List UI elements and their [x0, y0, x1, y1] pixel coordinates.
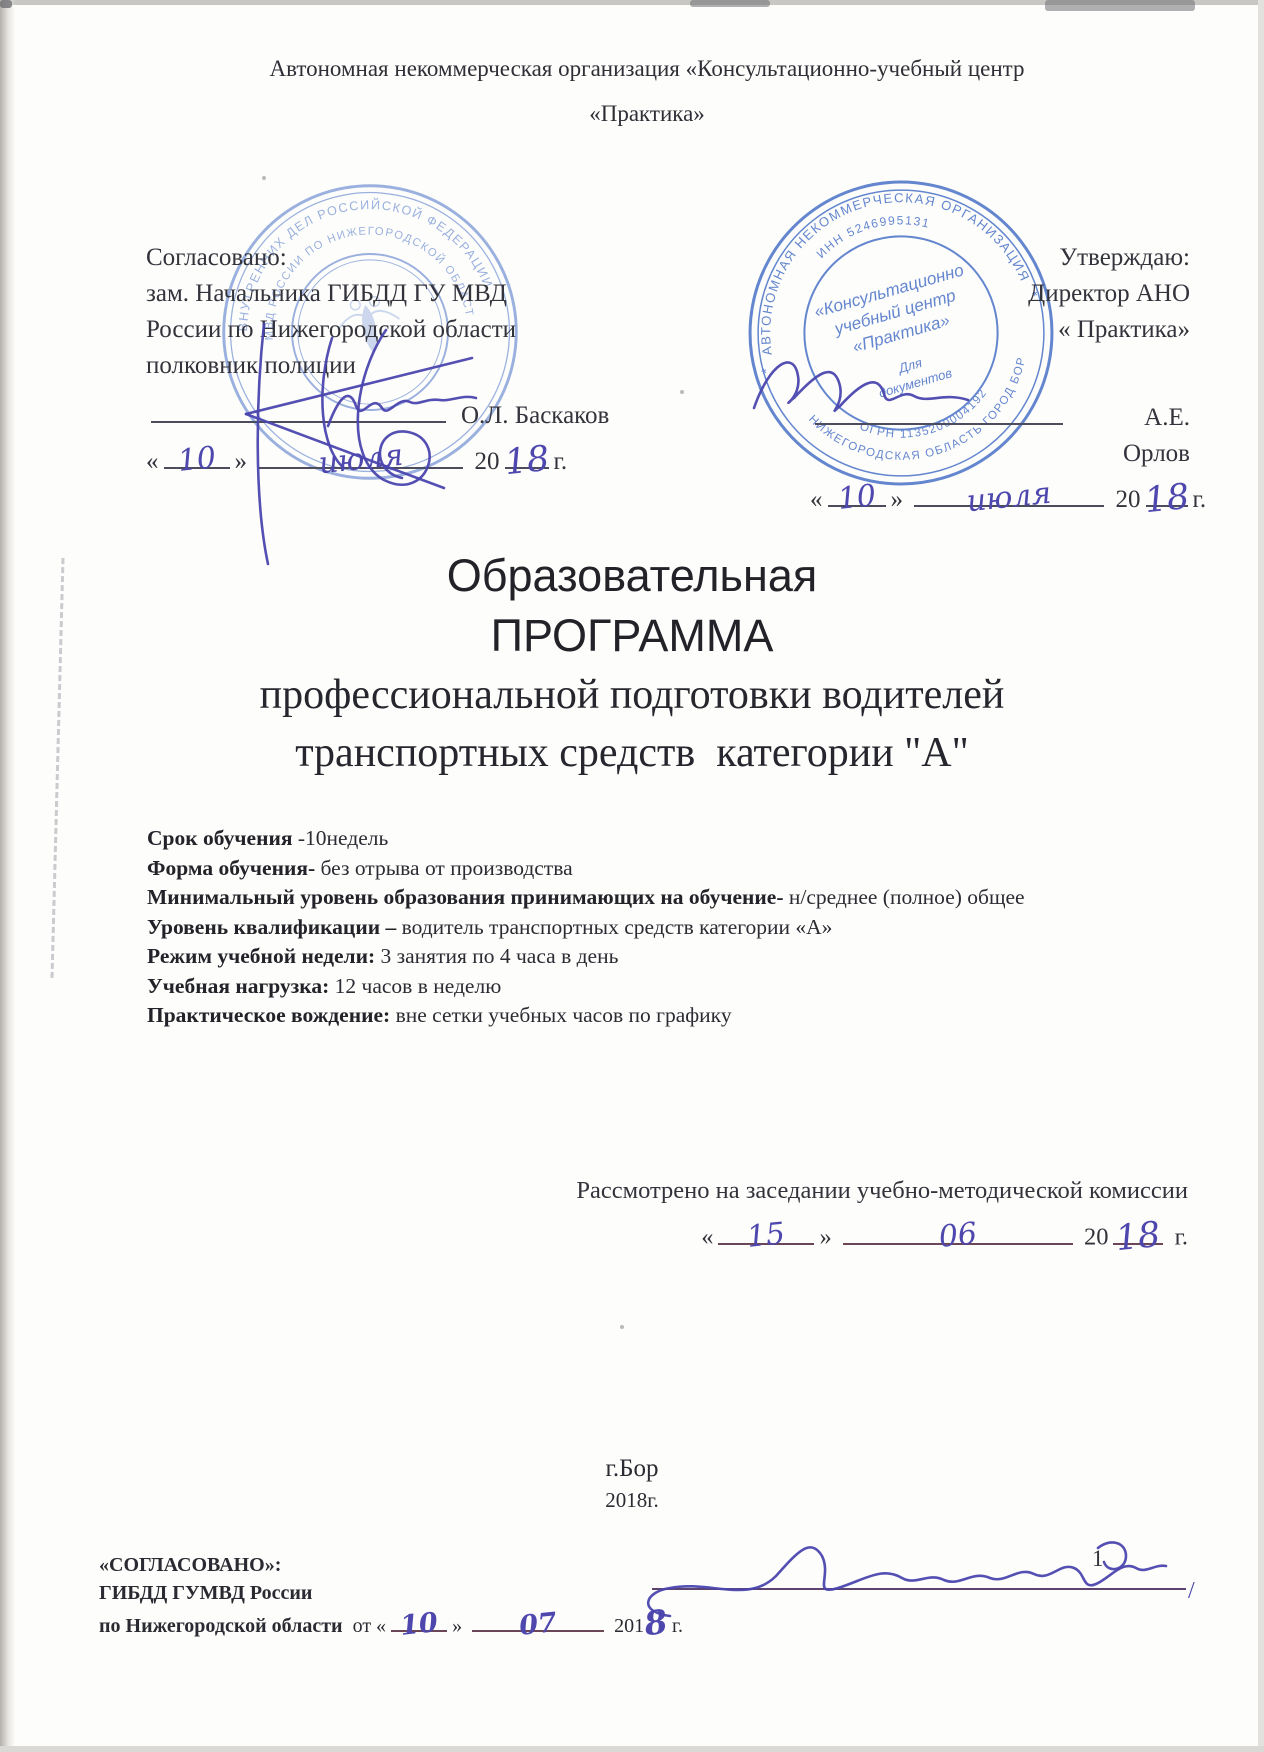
signature-left-name	[322, 384, 497, 436]
footer-line3: по Нижегородской области от «10» 07 2018…	[99, 1607, 683, 1641]
scan-speck	[680, 390, 684, 394]
detail-label: Режим учебной недели:	[147, 944, 375, 968]
year-blank: 18	[1113, 1218, 1163, 1245]
handwritten-day: 10	[176, 443, 217, 477]
handwritten-year: 18	[1114, 1217, 1162, 1256]
footer-line1: «СОГЛАСОВАНО»:	[99, 1552, 683, 1580]
day-blank: 10	[391, 1610, 447, 1632]
org-name-line1: Автономная некоммерческая организация «К…	[70, 46, 1224, 91]
day-blank: 10	[828, 480, 886, 507]
approval-right-date-row: «10» июля 2018г.	[810, 480, 1190, 518]
detail-value: вне сетки учебных часов по графику	[390, 1003, 731, 1027]
detail-label: Форма обучения-	[147, 856, 315, 880]
org-header: Автономная некоммерческая организация «К…	[70, 46, 1224, 136]
detail-value: 3 занятия по 4 часа в день	[375, 944, 618, 968]
detail-label: Уровень квалификации –	[147, 915, 396, 939]
scan-speck	[262, 176, 266, 180]
day-blank: 15	[718, 1218, 814, 1245]
handwritten-month: июля	[966, 479, 1053, 518]
detail-value: водитель транспортных средств категории …	[396, 915, 832, 939]
quote-open: «	[146, 448, 159, 475]
title-line1: Образовательная	[0, 546, 1264, 606]
document-title: Образовательная ПРОГРАММА профессиональн…	[0, 546, 1264, 782]
handwritten-day: 10	[399, 1609, 439, 1640]
reviewed-block: Рассмотрено на заседании учебно-методиче…	[408, 1172, 1188, 1257]
approval-right-label: Утверждаю:	[810, 240, 1190, 276]
program-details: Срок обучения -10недель Форма обучения- …	[147, 824, 1214, 1031]
detail-line: Форма обучения- без отрыва от производст…	[147, 854, 1214, 884]
footer-slash: /	[1188, 1578, 1195, 1605]
detail-label: Минимальный уровень образования принимаю…	[147, 885, 784, 909]
handwritten-year: 18	[503, 442, 551, 481]
title-line3: профессиональной подготовки водителей	[0, 666, 1264, 724]
handwritten-month: 06	[937, 1219, 978, 1253]
quote-close: »	[819, 1224, 831, 1251]
detail-label: Практическое вождение:	[147, 1003, 390, 1027]
detail-line: Срок обучения -10недель	[147, 824, 1214, 854]
title-line2: ПРОГРАММА	[0, 606, 1264, 666]
year-blank: 18	[1146, 480, 1188, 507]
handwritten-month: 07	[518, 1609, 558, 1640]
footer-agreement: «СОГЛАСОВАНО»: ГИБДД ГУМВД России по Ниж…	[99, 1552, 683, 1641]
year: 2018г.	[0, 1486, 1264, 1514]
approval-right-line2: « Практика»	[810, 312, 1190, 348]
year-suffix: г.	[1175, 1224, 1188, 1251]
footer-line3-bold: по Нижегородской области	[99, 1615, 343, 1637]
detail-value: -10недель	[293, 826, 389, 850]
org-name-line2: «Практика»	[70, 91, 1224, 136]
handwritten-day: 15	[746, 1219, 787, 1253]
signer-name: А.Е. Орлов	[1078, 400, 1191, 472]
month-blank: 07	[472, 1610, 604, 1632]
scanned-document-page: Автономная некоммерческая организация «К…	[0, 0, 1264, 1752]
quote-open: «	[701, 1224, 713, 1251]
signature-footer	[630, 1532, 1190, 1630]
detail-label: Учебная нагрузка:	[147, 974, 329, 998]
signature-left-flourish	[236, 318, 496, 570]
detail-value: н/среднее (полное) общее	[784, 885, 1025, 909]
detail-line: Режим учебной недели: 3 занятия по 4 час…	[147, 942, 1214, 972]
handwritten-day: 10	[836, 481, 877, 515]
scan-edge-bottom	[0, 1746, 1264, 1752]
month-blank: июля	[914, 480, 1104, 507]
detail-value: без отрыва от производства	[315, 856, 572, 880]
day-blank: 10	[164, 442, 230, 469]
year-prefix: 20	[1116, 486, 1141, 513]
footer-line2: ГИБДД ГУМВД России	[99, 1580, 683, 1608]
detail-label: Срок обучения	[147, 826, 293, 850]
city: г.Бор	[0, 1452, 1264, 1486]
title-line4: транспортных средств категории "А"	[0, 724, 1264, 782]
year-blank: 18	[505, 442, 549, 469]
year-suffix: г.	[1193, 486, 1207, 513]
detail-value: 12 часов в неделю	[329, 974, 501, 998]
month-blank: 06	[843, 1218, 1073, 1245]
approval-left-label: Согласовано:	[146, 240, 626, 276]
detail-line: Учебная нагрузка: 12 часов в неделю	[147, 972, 1214, 1002]
quote-open: «	[810, 486, 823, 513]
signature-right-name	[742, 344, 992, 430]
detail-line: Минимальный уровень образования принимаю…	[147, 883, 1214, 913]
place-block: г.Бор 2018г.	[0, 1452, 1264, 1514]
reviewed-line: Рассмотрено на заседании учебно-методиче…	[408, 1172, 1188, 1210]
year-suffix: г.	[554, 448, 568, 475]
scan-mark	[1045, 0, 1195, 11]
scan-speck	[620, 1325, 624, 1329]
reviewed-date-row: «15» 06 2018 г.	[408, 1218, 1188, 1257]
quote-close: »	[452, 1615, 462, 1637]
scan-mark	[690, 0, 770, 7]
scan-mark	[0, 0, 12, 8]
approval-left-line1: зам. Начальника ГИБДД ГУ МВД	[146, 276, 626, 312]
quote-close: »	[891, 486, 904, 513]
footer-from: от «	[353, 1615, 386, 1637]
handwritten-year: 18	[1143, 480, 1191, 519]
approval-right-line1: Директор АНО	[810, 276, 1190, 312]
detail-line: Уровень квалификации – водитель транспор…	[147, 913, 1214, 943]
detail-line: Практическое вождение: вне сетки учебных…	[147, 1001, 1214, 1031]
year-prefix: 20	[1084, 1224, 1109, 1251]
